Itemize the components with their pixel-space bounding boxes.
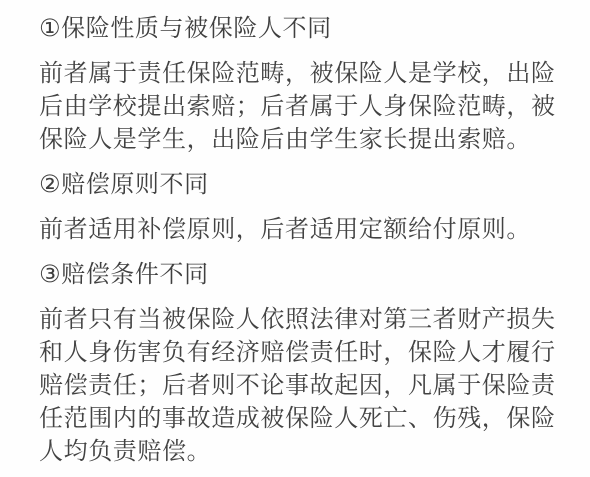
section-compensation-conditions: ③赔偿条件不同 前者只有当被保险人依照法律对第三者财产损失和人身伤害负有经济赔偿…	[39, 258, 563, 468]
section-heading: ③赔偿条件不同	[39, 258, 563, 291]
section-insurance-nature: ①保险性质与被保险人不同 前者属于责任保险范畴，被保险人是学校，出险后由学校提出…	[39, 12, 563, 156]
section-compensation-principle: ②赔偿原则不同 前者适用补偿原则，后者适用定额给付原则。	[39, 168, 563, 246]
article-body: ①保险性质与被保险人不同 前者属于责任保险范畴，被保险人是学校，出险后由学校提出…	[0, 0, 590, 477]
section-paragraph: 前者只有当被保险人依照法律对第三者财产损失和人身伤害负有经济赔偿责任时，保险人才…	[39, 303, 563, 468]
section-heading: ①保险性质与被保险人不同	[39, 12, 563, 45]
section-heading: ②赔偿原则不同	[39, 168, 563, 201]
section-paragraph: 前者适用补偿原则，后者适用定额给付原则。	[39, 213, 563, 246]
section-paragraph: 前者属于责任保险范畴，被保险人是学校，出险后由学校提出索赔；后者属于人身保险范畴…	[39, 57, 563, 156]
